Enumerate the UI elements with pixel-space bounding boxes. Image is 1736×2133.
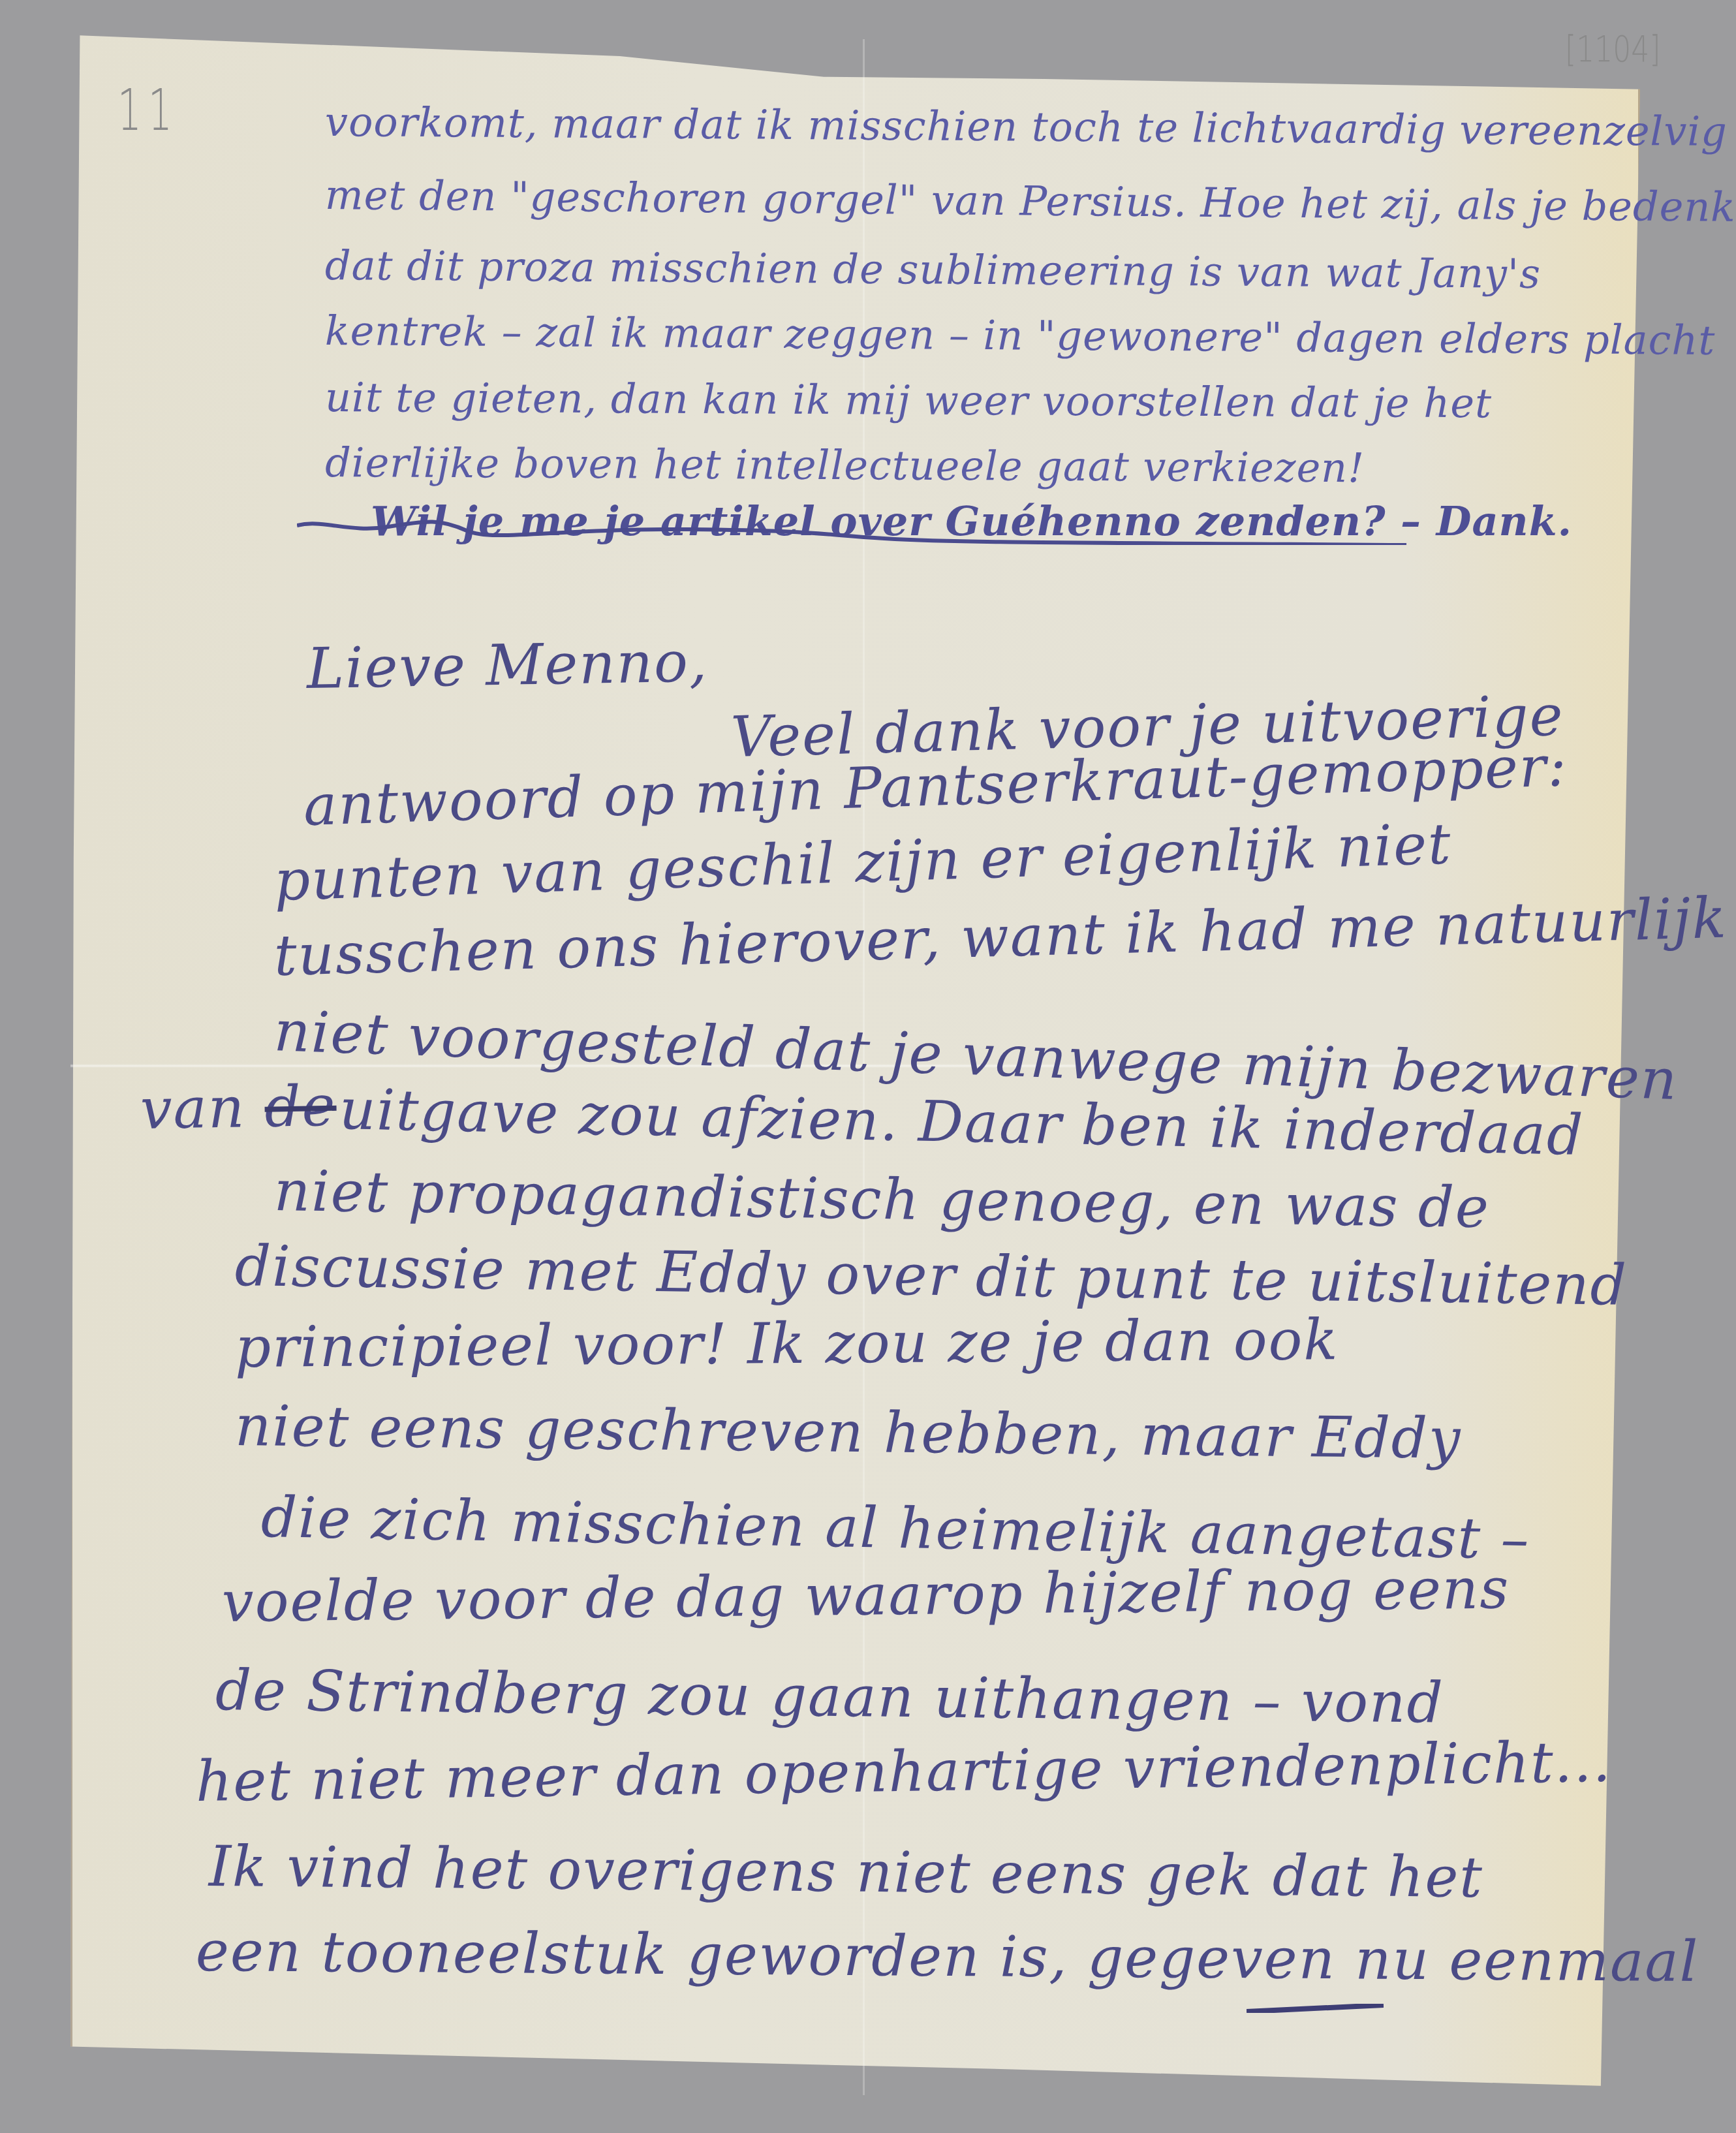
letter-line: Ik vind het overigens niet eens gek dat … <box>209 1834 1484 1910</box>
margin-insert-word: van <box>140 1075 246 1142</box>
letter-salutation: Lieve Menno, <box>306 629 709 702</box>
letter-line: principieel voor! Ik zou ze je dan ook <box>235 1307 1339 1380</box>
postscript-line: uit te gieten, dan kan ik mij weer voors… <box>325 373 1492 427</box>
letter-line: voelde voor de dag waarop hijzelf nog ee… <box>221 1556 1510 1635</box>
struck-word: de <box>264 1074 337 1140</box>
postscript-line: dat dit proza misschien de sublimeering … <box>325 241 1541 298</box>
wavy-underline <box>297 519 1406 545</box>
postscript-line: voorkomt, maar dat ik misschien toch te … <box>325 98 1728 155</box>
archive-number: [1104] <box>1565 29 1660 70</box>
pencil-page-number: 11 <box>117 77 179 144</box>
postscript-line: dierlijke boven het intellectueele gaat … <box>325 439 1365 491</box>
margin-insert: van de <box>140 1074 337 1142</box>
letter-line: niet eens geschreven hebben, maar Eddy <box>234 1393 1461 1472</box>
postscript-line: kentrek – zal ik maar zeggen – in "gewon… <box>325 307 1716 364</box>
scan-background: 11 [1104] voorkomt, maar dat ik misschie… <box>0 0 1736 2133</box>
letter-line: een tooneelstuk geworden is, gegeven nu … <box>196 1919 1699 1995</box>
letter-line: de Strindberg zou gaan uithangen – vond <box>215 1658 1444 1736</box>
word-underline <box>1247 2004 1384 2013</box>
